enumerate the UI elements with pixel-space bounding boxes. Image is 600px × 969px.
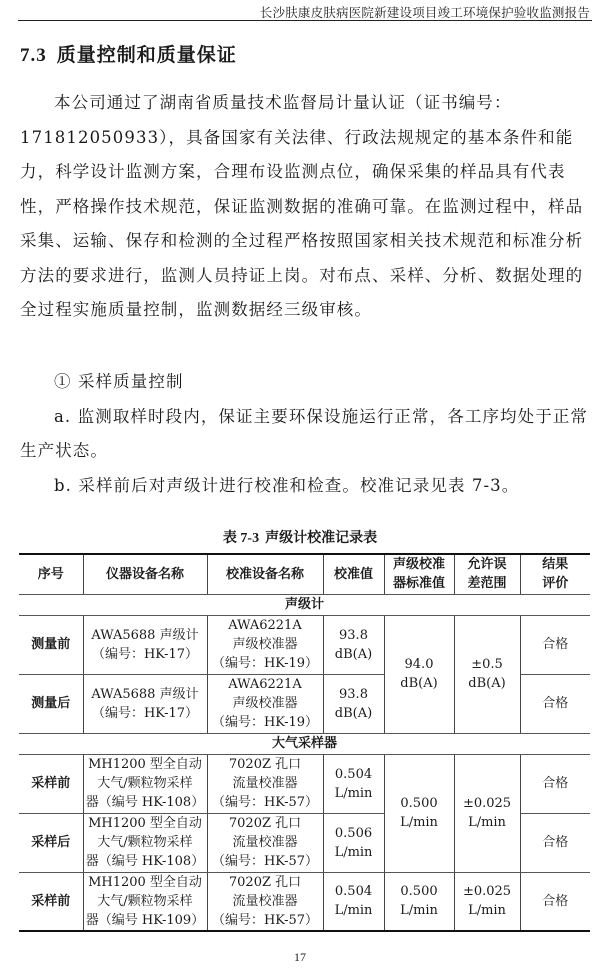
row-value: 0.504L/min — [323, 754, 384, 813]
header-divider — [18, 20, 592, 21]
row-result: 合格 — [520, 615, 590, 674]
row-calibrator: 7020Z 孔口流量校准器（编号：HK-57） — [207, 872, 323, 931]
row-instrument: AWA5688 声级计（编号：HK-17） — [83, 674, 207, 733]
table-caption-title: 声级计校准记录表 — [265, 530, 377, 546]
row-tolerance: ±0.5dB(A) — [454, 615, 520, 733]
row-result: 合格 — [520, 872, 590, 931]
row-seq: 采样前 — [19, 754, 83, 813]
section-heading: 7.3质量控制和质量保证 — [20, 40, 237, 67]
intro-paragraph: 本公司通过了湖南省质量技术监督局计量认证（证书编号：171812050933），… — [20, 86, 590, 328]
header-seq: 序号 — [19, 554, 83, 594]
row-tolerance: ±0.025L/min — [454, 872, 520, 931]
table-caption: 表 7-3声级计校准记录表 — [0, 527, 600, 547]
row-seq: 测量后 — [19, 674, 83, 733]
row-seq: 采样后 — [19, 813, 83, 872]
row-value: 93.8dB(A) — [323, 674, 384, 733]
row-tolerance: ±0.025L/min — [454, 754, 520, 872]
header-value: 校准值 — [323, 554, 384, 594]
row-seq: 采样前 — [19, 872, 83, 931]
table-caption-number: 表 7-3 — [223, 531, 259, 546]
running-header: 长沙肤康皮肤病医院新建设项目竣工环境保护验收监测报告 — [260, 3, 590, 21]
row-calibrator: AWA6221A声级校准器（编号：HK-19） — [207, 615, 323, 674]
table-row: 采样前 MH1200 型全自动大气/颗粒物采样器（编号 HK-109） 7020… — [19, 872, 590, 931]
table-row: 采样前 MH1200 型全自动大气/颗粒物采样器（编号 HK-108） 7020… — [19, 754, 590, 813]
row-value: 93.8dB(A) — [323, 615, 384, 674]
row-standard-value: 0.500L/min — [384, 754, 454, 872]
table-row: 测量前 AWA5688 声级计（编号：HK-17） AWA6221A声级校准器（… — [19, 615, 590, 674]
header-instrument: 仪器设备名称 — [83, 554, 207, 594]
calibration-table: 序号 仪器设备名称 校准设备名称 校准值 声级校准器标准值 允许误差范围 结果评… — [19, 553, 590, 932]
row-calibrator: AWA6221A声级校准器（编号：HK-19） — [207, 674, 323, 733]
row-value: 0.506L/min — [323, 813, 384, 872]
row-seq: 测量前 — [19, 615, 83, 674]
header-result: 结果评价 — [520, 554, 590, 594]
intro-text: 本公司通过了湖南省质量技术监督局计量认证（证书编号：171812050933），… — [20, 86, 590, 328]
page-number: 17 — [0, 950, 600, 965]
row-result: 合格 — [520, 813, 590, 872]
row-instrument: MH1200 型全自动大气/颗粒物采样器（编号 HK-108） — [83, 754, 207, 813]
row-calibrator: 7020Z 孔口流量校准器（编号：HK-57） — [207, 813, 323, 872]
subheading-sampling-qc: ① 采样质量控制 — [20, 365, 590, 400]
row-instrument: AWA5688 声级计（编号：HK-17） — [83, 615, 207, 674]
group-row-sound-level-meter: 声级计 — [19, 594, 590, 615]
item-b-text: b. 采样前后对声级计进行校准和检查。校准记录见表 7-3。 — [20, 469, 590, 504]
section-title-text: 质量控制和质量保证 — [57, 44, 237, 66]
header-standard: 声级校准器标准值 — [384, 554, 454, 594]
group-label: 声级计 — [19, 594, 590, 615]
header-calibrator: 校准设备名称 — [207, 554, 323, 594]
row-standard-value: 94.0dB(A) — [384, 615, 454, 733]
header-tolerance: 允许误差范围 — [454, 554, 520, 594]
row-standard-value: 0.500L/min — [384, 872, 454, 931]
table-header-row: 序号 仪器设备名称 校准设备名称 校准值 声级校准器标准值 允许误差范围 结果评… — [19, 554, 590, 594]
row-calibrator: 7020Z 孔口流量校准器（编号：HK-57） — [207, 754, 323, 813]
row-result: 合格 — [520, 754, 590, 813]
group-row-air-sampler: 大气采样器 — [19, 733, 590, 754]
row-result: 合格 — [520, 674, 590, 733]
row-value: 0.504L/min — [323, 872, 384, 931]
section-number: 7.3 — [20, 45, 47, 66]
row-instrument: MH1200 型全自动大气/颗粒物采样器（编号 HK-108） — [83, 813, 207, 872]
group-label: 大气采样器 — [19, 733, 590, 754]
item-a-text: a. 监测取样时段内，保证主要环保设施运行正常，各工序均处于正常生产状态。 — [20, 400, 590, 469]
sampling-qc-block: ① 采样质量控制 a. 监测取样时段内，保证主要环保设施运行正常，各工序均处于正… — [20, 365, 590, 503]
row-instrument: MH1200 型全自动大气/颗粒物采样器（编号 HK-109） — [83, 872, 207, 931]
